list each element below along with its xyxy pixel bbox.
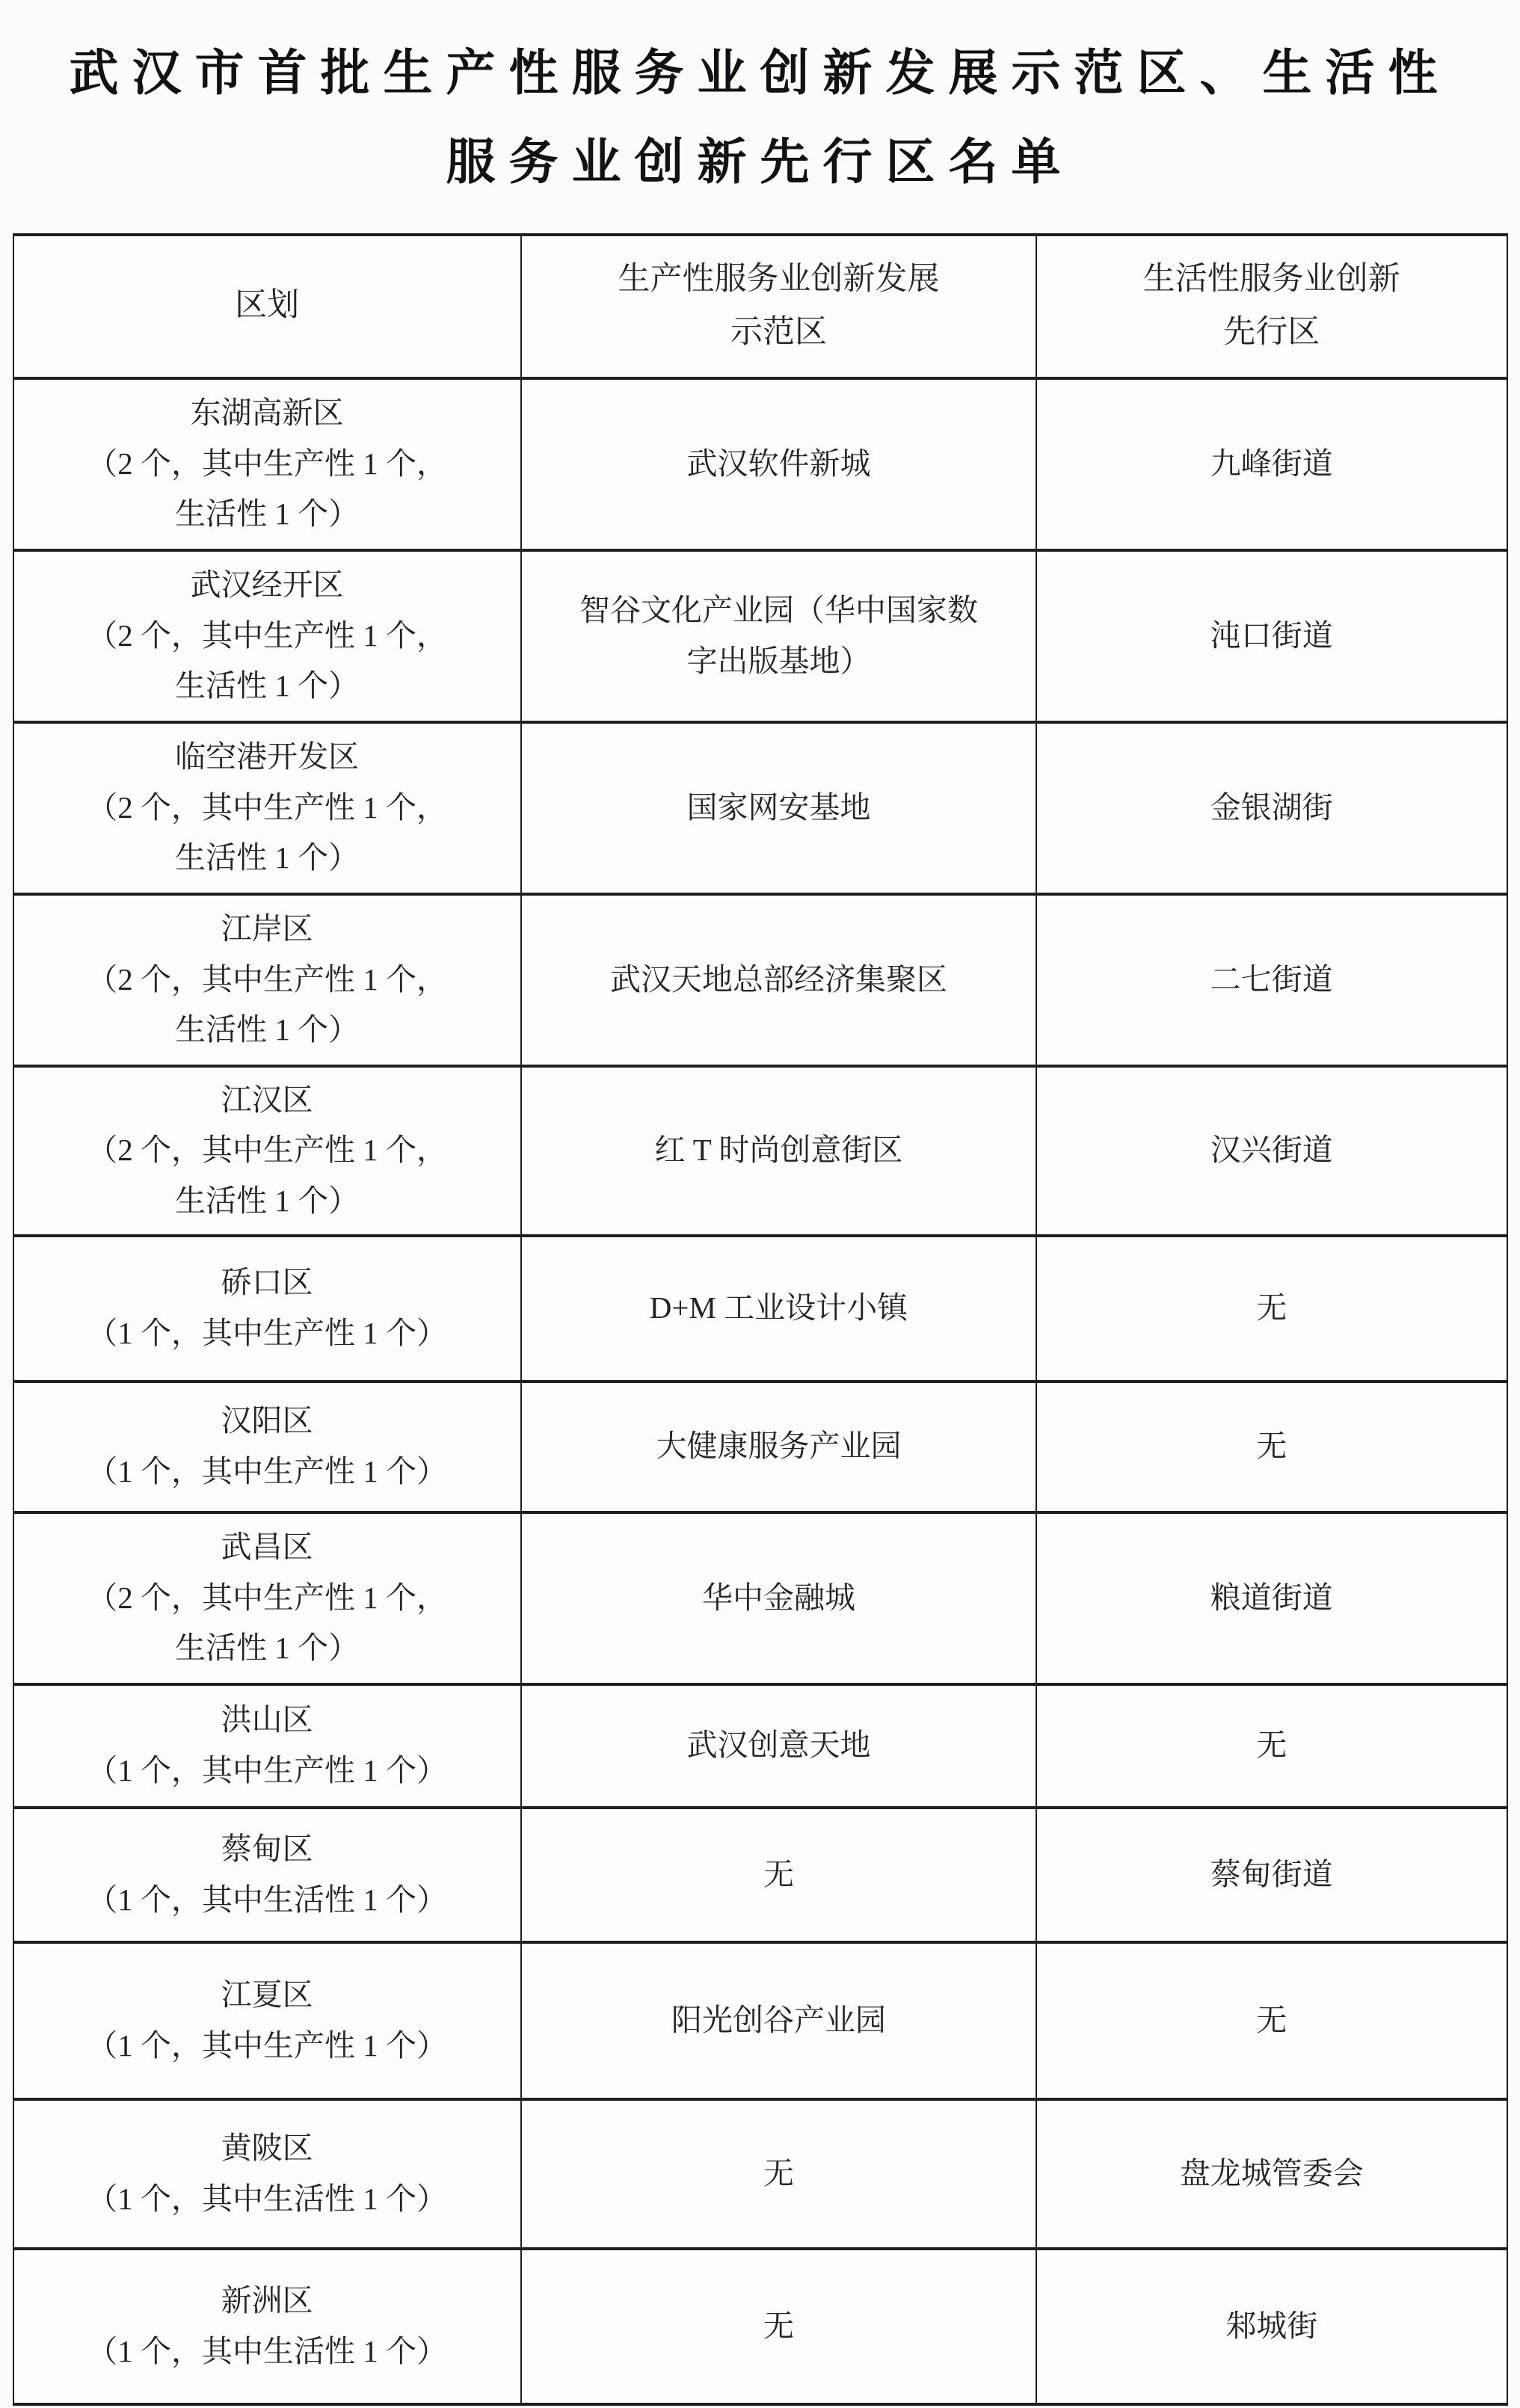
district-name: 武汉经开区 <box>35 560 499 611</box>
district-note: （2 个，其中生产性 1 个， 生活性 1 个） <box>35 1573 499 1674</box>
district-cell: 武昌区 （2 个，其中生产性 1 个， 生活性 1 个） <box>13 1512 521 1684</box>
production-zone-cell: 无 <box>521 2249 1036 2404</box>
district-cell: 新洲区 （1 个，其中生活性 1 个） <box>13 2249 521 2404</box>
living-zone-cell: 无 <box>1036 1236 1507 1382</box>
district-cell: 武汉经开区 （2 个，其中生产性 1 个， 生活性 1 个） <box>13 550 521 722</box>
living-zone-cell: 盘龙城管委会 <box>1036 2099 1507 2249</box>
production-zone-cell: 武汉天地总部经济集聚区 <box>521 894 1036 1066</box>
district-name: 新洲区 <box>35 2276 499 2327</box>
district-cell: 江岸区 （2 个，其中生产性 1 个， 生活性 1 个） <box>13 894 521 1066</box>
living-zone-cell: 金银湖街 <box>1036 722 1507 894</box>
production-zone-cell: 国家网安基地 <box>521 722 1036 894</box>
district-name: 江夏区 <box>35 1970 499 2021</box>
district-cell: 蔡甸区 （1 个，其中生活性 1 个） <box>13 1808 521 1942</box>
production-zone-cell: 大健康服务产业园 <box>521 1382 1036 1512</box>
living-zone-cell: 沌口街道 <box>1036 550 1507 722</box>
district-note: （1 个，其中生活性 1 个） <box>35 2327 499 2377</box>
living-zone-cell: 汉兴街道 <box>1036 1066 1507 1236</box>
district-note: （2 个，其中生产性 1 个， 生活性 1 个） <box>35 611 499 712</box>
district-name: 武昌区 <box>35 1522 499 1573</box>
living-zone-cell: 邾城街 <box>1036 2249 1507 2404</box>
page-title: 武汉市首批生产性服务业创新发展示范区、生活性 服务业创新先行区名单 <box>30 28 1490 206</box>
living-zone-cell: 粮道街道 <box>1036 1512 1507 1684</box>
district-cell: 东湖高新区 （2 个，其中生产性 1 个， 生活性 1 个） <box>13 378 521 550</box>
production-zone-cell: 武汉软件新城 <box>521 378 1036 550</box>
district-cell: 汉阳区 （1 个，其中生产性 1 个） <box>13 1382 521 1512</box>
table-row: 硚口区 （1 个，其中生产性 1 个） D+M 工业设计小镇 无 <box>13 1236 1507 1382</box>
living-zone-cell: 九峰街道 <box>1036 378 1507 550</box>
district-note: （1 个，其中生产性 1 个） <box>35 1746 499 1796</box>
district-name: 洪山区 <box>35 1695 499 1746</box>
header-living-zone: 生活性服务业创新 先行区 <box>1036 235 1507 378</box>
district-cell: 洪山区 （1 个，其中生产性 1 个） <box>13 1684 521 1808</box>
district-note: （1 个，其中生活性 1 个） <box>35 2174 499 2225</box>
district-note: （2 个，其中生产性 1 个， 生活性 1 个） <box>35 1125 499 1226</box>
production-zone-cell: 武汉创意天地 <box>521 1684 1036 1808</box>
district-name: 东湖高新区 <box>35 388 499 439</box>
header-production-zone: 生产性服务业创新发展 示范区 <box>521 235 1036 378</box>
district-name: 汉阳区 <box>35 1396 499 1447</box>
district-name: 江岸区 <box>35 904 499 955</box>
district-cell: 江汉区 （2 个，其中生产性 1 个， 生活性 1 个） <box>13 1066 521 1236</box>
living-zone-cell: 二七街道 <box>1036 894 1507 1066</box>
production-zone-cell: 无 <box>521 2099 1036 2249</box>
district-note: （2 个，其中生产性 1 个， 生活性 1 个） <box>35 783 499 884</box>
table-row: 新洲区 （1 个，其中生活性 1 个） 无 邾城街 <box>13 2249 1507 2404</box>
table-row: 蔡甸区 （1 个，其中生活性 1 个） 无 蔡甸街道 <box>13 1808 1507 1942</box>
district-note: （2 个，其中生产性 1 个， 生活性 1 个） <box>35 439 499 540</box>
zones-table: 区划 生产性服务业创新发展 示范区 生活性服务业创新 先行区 东湖高新区 （2 … <box>13 233 1508 2406</box>
district-cell: 江夏区 （1 个，其中生产性 1 个） <box>13 1942 521 2099</box>
district-cell: 临空港开发区 （2 个，其中生产性 1 个， 生活性 1 个） <box>13 722 521 894</box>
district-name: 蔡甸区 <box>35 1824 499 1875</box>
table-row: 东湖高新区 （2 个，其中生产性 1 个， 生活性 1 个） 武汉软件新城 九峰… <box>13 378 1507 550</box>
district-note: （2 个，其中生产性 1 个， 生活性 1 个） <box>35 955 499 1056</box>
table-row: 武汉经开区 （2 个，其中生产性 1 个， 生活性 1 个） 智谷文化产业园（华… <box>13 550 1507 722</box>
table-row: 武昌区 （2 个，其中生产性 1 个， 生活性 1 个） 华中金融城 粮道街道 <box>13 1512 1507 1684</box>
district-name: 硚口区 <box>35 1257 499 1308</box>
table-row: 江汉区 （2 个，其中生产性 1 个， 生活性 1 个） 红 T 时尚创意街区 … <box>13 1066 1507 1236</box>
table-row: 汉阳区 （1 个，其中生产性 1 个） 大健康服务产业园 无 <box>13 1382 1507 1512</box>
district-name: 江汉区 <box>35 1075 499 1126</box>
table-header-row: 区划 生产性服务业创新发展 示范区 生活性服务业创新 先行区 <box>13 235 1507 378</box>
table-row: 江岸区 （2 个，其中生产性 1 个， 生活性 1 个） 武汉天地总部经济集聚区… <box>13 894 1507 1066</box>
living-zone-cell: 无 <box>1036 1684 1507 1808</box>
production-zone-cell: 阳光创谷产业园 <box>521 1942 1036 2099</box>
district-note: （1 个，其中生产性 1 个） <box>35 1308 499 1359</box>
table-row: 临空港开发区 （2 个，其中生产性 1 个， 生活性 1 个） 国家网安基地 金… <box>13 722 1507 894</box>
district-note: （1 个，其中生产性 1 个） <box>35 2021 499 2072</box>
table-row: 黄陂区 （1 个，其中生活性 1 个） 无 盘龙城管委会 <box>13 2099 1507 2249</box>
district-name: 黄陂区 <box>35 2123 499 2174</box>
district-note: （1 个，其中生产性 1 个） <box>35 1447 499 1497</box>
living-zone-cell: 无 <box>1036 1942 1507 2099</box>
table-row: 洪山区 （1 个，其中生产性 1 个） 武汉创意天地 无 <box>13 1684 1507 1808</box>
district-note: （1 个，其中生活性 1 个） <box>35 1875 499 1926</box>
production-zone-cell: 无 <box>521 1808 1036 1942</box>
production-zone-cell: 红 T 时尚创意街区 <box>521 1066 1036 1236</box>
district-name: 临空港开发区 <box>35 732 499 783</box>
living-zone-cell: 无 <box>1036 1382 1507 1512</box>
production-zone-cell: 智谷文化产业园（华中国家数 字出版基地） <box>521 550 1036 722</box>
living-zone-cell: 蔡甸街道 <box>1036 1808 1507 1942</box>
production-zone-cell: D+M 工业设计小镇 <box>521 1236 1036 1382</box>
table-row: 江夏区 （1 个，其中生产性 1 个） 阳光创谷产业园 无 <box>13 1942 1507 2099</box>
district-cell: 黄陂区 （1 个，其中生活性 1 个） <box>13 2099 521 2249</box>
production-zone-cell: 华中金融城 <box>521 1512 1036 1684</box>
header-district: 区划 <box>13 235 521 378</box>
district-cell: 硚口区 （1 个，其中生产性 1 个） <box>13 1236 521 1382</box>
